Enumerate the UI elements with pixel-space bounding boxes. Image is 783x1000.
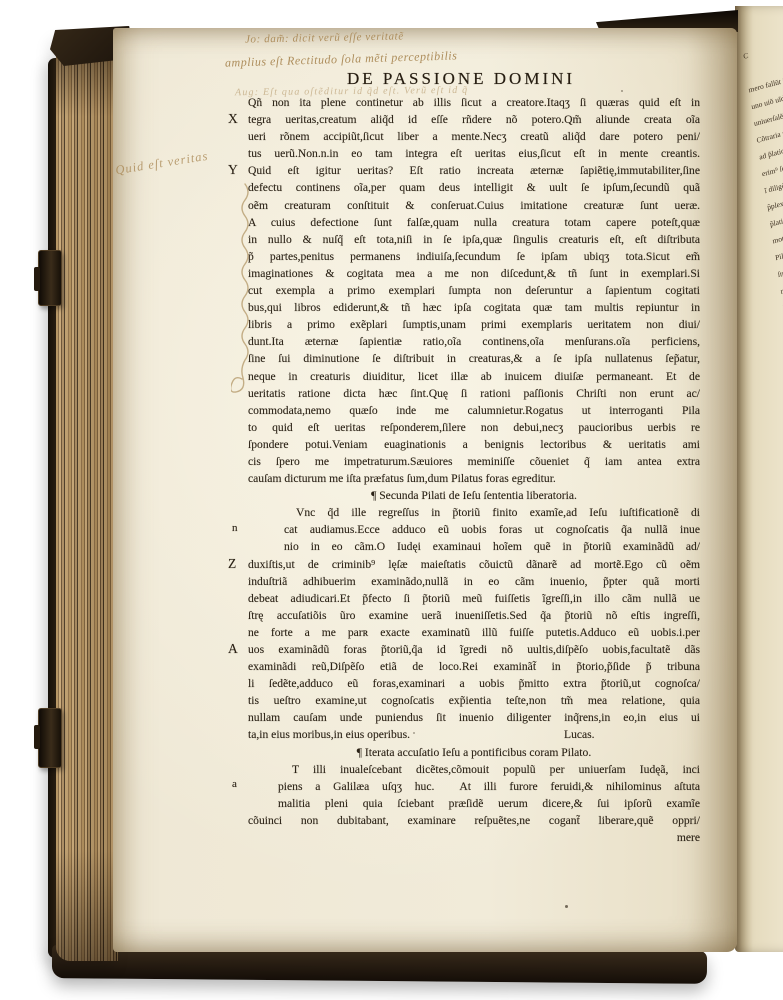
body-line: uos examinãdũ foras p̃toriũ,q̃a id ĩgred… bbox=[248, 641, 700, 658]
body-line: examinãdi reũ,Diſpẽſo etiã de loco.Rei e… bbox=[248, 658, 700, 675]
body-line: duxiſtis,ut de criminib⁹ lęſæ maieſtatis… bbox=[248, 556, 700, 573]
ink-speck bbox=[565, 905, 568, 908]
fore-edge-leaves bbox=[56, 33, 118, 961]
body-line: commodata,nemo quæſo inde me calumnietur… bbox=[248, 402, 700, 419]
handwritten-note-top-1: Jo: dam̃: dicit verũ eſſe veritatẽ bbox=[245, 30, 404, 45]
page-heading: DE PASSIONE DOMINI bbox=[235, 69, 687, 89]
body-line: to quid eſt ueritas reſponderem,ſilere n… bbox=[248, 419, 700, 436]
facing-page-sliver: Cmero fallũt inualeſcebãtuno uiõ uĩdicat… bbox=[735, 6, 783, 952]
body-line: cut exempla a primo exemplari ſumpta non… bbox=[248, 282, 700, 299]
body-line: cis ſpero me impetraturum.Sæuiores memin… bbox=[248, 453, 700, 470]
fore-edge-shading bbox=[56, 33, 118, 961]
margin-letter-n: n bbox=[232, 522, 238, 534]
body-line: tegra ueritas,creatum aliq̃d id eſſe rñd… bbox=[248, 111, 700, 128]
body-line: A cuius defectione ſunt falſæ,quam nulla… bbox=[248, 214, 700, 231]
book-photo: Cmero fallũt inualeſcebãtuno uiõ uĩdicat… bbox=[0, 0, 783, 1000]
body-line: in nullo & nuſq̃ eſt tota,niſi in ſe ipſ… bbox=[248, 231, 700, 248]
body-line: piens a Galilæa uſqʒ huc. At illi furore… bbox=[248, 778, 700, 795]
body-line: ueritatis ratione dicta hæc ſint.Quę ſi … bbox=[248, 385, 700, 402]
margin-letter-Y: Y bbox=[228, 162, 238, 178]
body-line: ta,in eius moribus,in eius operibus.Luca… bbox=[248, 726, 700, 743]
page-recto: Jo: dam̃: dicit verũ eſſe veritatẽ ampli… bbox=[113, 28, 737, 952]
body-line: ſine ſui diminutione ſe diſtribuit in cr… bbox=[248, 350, 700, 367]
body-line: oẽm creaturam conſtituit & conſeruat.Cui… bbox=[248, 197, 700, 214]
ink-speck bbox=[350, 275, 352, 277]
marginal-squiggle-line bbox=[231, 178, 271, 418]
margin-letter-A: A bbox=[228, 641, 238, 657]
body-line: debeat adiudicari.Et p̃fecto ſi p̃toriũ … bbox=[248, 590, 700, 607]
metal-clasp-bottom bbox=[38, 708, 62, 768]
body-line: libris a primo exẽplari ſumptis,unam pri… bbox=[248, 316, 700, 333]
ink-speck bbox=[621, 90, 623, 92]
body-line: imaginationes & cogitata mea a me non di… bbox=[248, 265, 700, 282]
body-line: dunt.Ita æternæ ſapientiæ ratio,oĩa cont… bbox=[248, 333, 700, 350]
inline-source-label: Lucas. bbox=[564, 726, 595, 743]
body-line: neque in creaturis diuiditur, licet illæ… bbox=[248, 368, 700, 385]
metal-clasp-top bbox=[38, 250, 62, 306]
body-line: T illi inualeſcebant dicẽtes,cõmouit pop… bbox=[248, 761, 700, 778]
handwritten-note-left-margin: Quid eſt veritas bbox=[114, 149, 209, 178]
body-line: li ſedẽte,adduco eũ foras,examinari a uo… bbox=[248, 675, 700, 692]
body-line: ne forte a me parʀ exacte examinatũ illũ… bbox=[248, 624, 700, 641]
body-line: p̃ partes,penitus permanens indiuiſa,ſec… bbox=[248, 248, 700, 265]
body-line: ¶ Iterata accuſatio Ieſu a pontificibus … bbox=[248, 744, 700, 761]
body-line: Quid eſt igitur ueritas? Eſt ratio incre… bbox=[248, 162, 700, 179]
body-line: ueri rõnem accipiũt,ſicut liber a mente.… bbox=[248, 128, 700, 145]
facing-page-text: Cmero fallũt inualeſcebãtuno uiõ uĩdicat… bbox=[742, 9, 783, 871]
body-line: mere bbox=[248, 829, 700, 846]
body-line: defectu continens oĩa,per quam deus inte… bbox=[248, 179, 700, 196]
margin-letter-Z: Z bbox=[228, 556, 236, 572]
body-line: ſpondere potui.Veniam euaginationis a be… bbox=[248, 436, 700, 453]
ink-speck bbox=[413, 732, 415, 734]
body-line: induſtriã adhibuerim examinãdo,nullã in … bbox=[248, 573, 700, 590]
body-line: nio in eo cãm.O Iudęi examinaui hoĩem qu… bbox=[248, 538, 700, 555]
body-line: cõuinci non dubitabant, examinare reſpuẽ… bbox=[248, 812, 700, 829]
handwritten-note-top-2: amplius eſt Rectitudo ſola mẽti percepti… bbox=[225, 48, 458, 70]
body-line: tis ueſtro examine,ut cognoſcatis exp̃ie… bbox=[248, 692, 700, 709]
margin-letter-X: X bbox=[228, 111, 238, 127]
body-line: bus,qui libros ediderunt,& tñ hæc ipſa c… bbox=[248, 299, 700, 316]
body-line: tus uerũ.Non.n.in eo tam integra eſt uer… bbox=[248, 145, 700, 162]
body-line: Vnc q̃d ille regreſſus in p̃toriũ finito… bbox=[248, 504, 700, 521]
body-line: cauſam dicturum me iſta præfatus ſum,dum… bbox=[248, 470, 700, 487]
body-line: nullam cauſam unde puniendus ſit inuenio… bbox=[248, 709, 700, 726]
text-block: Qñ non ita plene continetur ab illis ſic… bbox=[248, 94, 700, 846]
body-line: malitia pleni quia ſciebant præſidẽ ueru… bbox=[248, 795, 700, 812]
body-line: ¶ Secunda Pilati de Ieſu ſententia liber… bbox=[248, 487, 700, 504]
body-line: cat audiamus.Ecce adduco eũ uobis foras … bbox=[248, 521, 700, 538]
body-line: ſtrę accuſatiõis ũro examine uerã inueni… bbox=[248, 607, 700, 624]
margin-letter-a: a bbox=[232, 778, 237, 790]
body-line: Qñ non ita plene continetur ab illis ſic… bbox=[248, 94, 700, 111]
